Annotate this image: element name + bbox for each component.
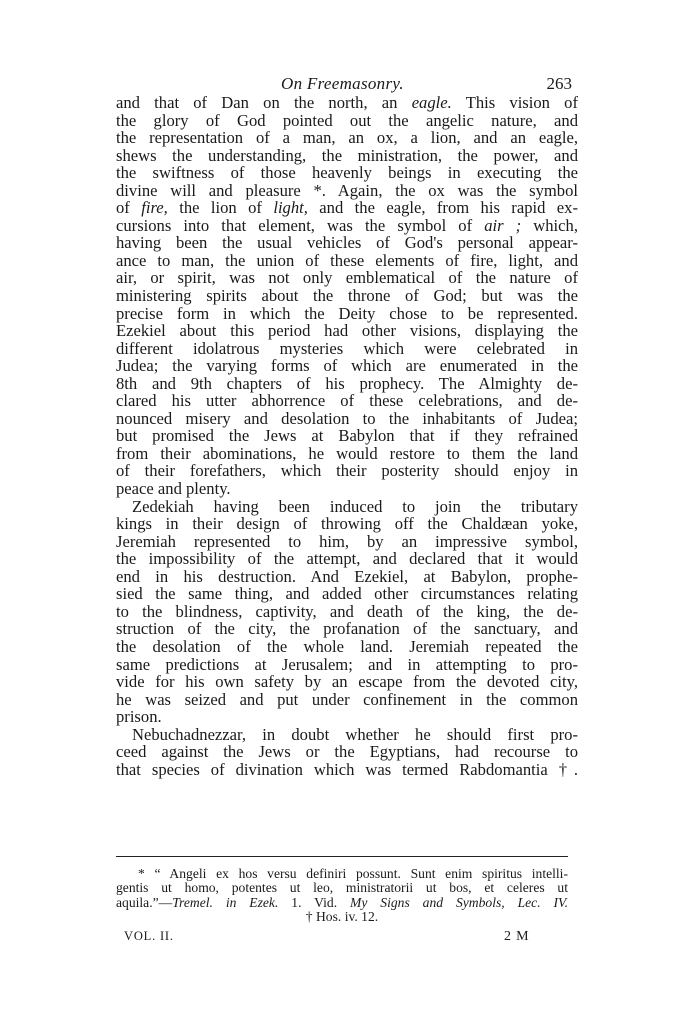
text-line: but promised the Jews at Babylon that if… — [116, 427, 578, 445]
italic-word: fire, — [141, 198, 168, 217]
text-line: the desolation of the whole land. Jeremi… — [116, 638, 578, 656]
text-line: Judea; the varying forms of which are en… — [116, 357, 578, 375]
text-line: ceed against the Jews or the Egyptians, … — [116, 743, 578, 761]
text-fragment: the lion of — [168, 198, 274, 217]
footnote-text: aquila.”— — [116, 895, 172, 910]
text-line: ministering spirits about the throne of … — [116, 287, 578, 305]
page-number: 263 — [547, 74, 573, 94]
text-line: he was seized and put under confinement … — [116, 691, 578, 709]
footnote-dagger: † Hos. iv. 12. — [116, 910, 568, 924]
running-title: On Freemasonry. — [281, 74, 404, 94]
text-line: same predictions at Jerusalem; and in at… — [116, 656, 578, 674]
signature-mark: 2 M — [504, 929, 529, 945]
footnote-citation: Tremel. in Ezek. — [172, 895, 278, 910]
text-line: shews the understanding, the ministratio… — [116, 147, 578, 165]
text-line: the glory of God pointed out the angelic… — [116, 112, 578, 130]
text-line: vide for his own safety by an escape fro… — [116, 673, 578, 691]
footnote-line: gentis ut homo, potentes ut leo, ministr… — [116, 881, 568, 895]
text-line: Ezekiel about this period had other visi… — [116, 322, 578, 340]
volume-label: VOL. II. — [124, 929, 174, 944]
italic-word: light, — [273, 198, 308, 217]
text-line: nounced misery and desolation to the inh… — [116, 410, 578, 428]
text-fragment: cursions into that element, was the symb… — [116, 216, 484, 235]
body-text: and that of Dan on the north, an eagle. … — [116, 94, 578, 778]
text-line: from their abominations, he would restor… — [116, 445, 578, 463]
text-line: the swiftness of those heavenly beings i… — [116, 164, 578, 182]
text-line: different idolatrous mysteries which wer… — [116, 340, 578, 358]
text-fragment: and that of Dan on the north, an — [116, 93, 412, 112]
footnote-divider — [116, 856, 568, 857]
italic-word: air ; — [484, 216, 521, 235]
footnote-line: * “ Angeli ex hos versu definiri possunt… — [116, 867, 568, 881]
text-line: divine will and pleasure *. Again, the o… — [116, 182, 578, 200]
paragraph-start-line: Nebuchadnezzar, in doubt whether he shou… — [116, 726, 578, 744]
text-fragment: and the eagle, from his rapid ex- — [308, 198, 578, 217]
text-line: Jeremiah represented to him, by an impre… — [116, 533, 578, 551]
text-line: clared his utter abhorrence of these cel… — [116, 392, 578, 410]
text-fragment: This vision of — [452, 93, 578, 112]
text-line: 8th and 9th chapters of his prophecy. Th… — [116, 375, 578, 393]
text-line: end in his destruction. And Ezekiel, at … — [116, 568, 578, 586]
footnote-citation: My Signs and Symbols, Lec. IV. — [350, 895, 568, 910]
running-head: On Freemasonry. 263 — [116, 74, 578, 94]
text-line: the impossibility of the attempt, and de… — [116, 550, 578, 568]
footnotes: * “ Angeli ex hos versu definiri possunt… — [116, 867, 568, 924]
text-line: peace and plenty. — [116, 480, 578, 498]
text-line: air, or spirit, was not only emblematica… — [116, 269, 578, 287]
text-line: and that of Dan on the north, an eagle. … — [116, 94, 578, 112]
paragraph-start-line: Zedekiah having been induced to join the… — [116, 498, 578, 516]
text-line: kings in their design of throwing off th… — [116, 515, 578, 533]
italic-word: eagle. — [412, 93, 452, 112]
text-line: of fire, the lion of light, and the eagl… — [116, 199, 578, 217]
text-line: prison. — [116, 708, 578, 726]
text-line: the representation of a man, an ox, a li… — [116, 129, 578, 147]
text-line: ance to man, the union of these elements… — [116, 252, 578, 270]
text-fragment: which, — [521, 216, 578, 235]
footnote-text: 1. Vid. — [278, 895, 350, 910]
text-line: of their forefathers, which their poster… — [116, 462, 578, 480]
footnote-line: aquila.”—Tremel. in Ezek. 1. Vid. My Sig… — [116, 896, 568, 910]
text-line: struction of the city, the profanation o… — [116, 620, 578, 638]
text-line: having been the usual vehicles of God's … — [116, 234, 578, 252]
text-line: to the blindness, captivity, and death o… — [116, 603, 578, 621]
text-line: cursions into that element, was the symb… — [116, 217, 578, 235]
text-line: that species of divination which was ter… — [116, 761, 578, 779]
text-line: sied the same thing, and added other cir… — [116, 585, 578, 603]
text-line: precise form in which the Deity chose to… — [116, 305, 578, 323]
text-fragment: of — [116, 198, 141, 217]
